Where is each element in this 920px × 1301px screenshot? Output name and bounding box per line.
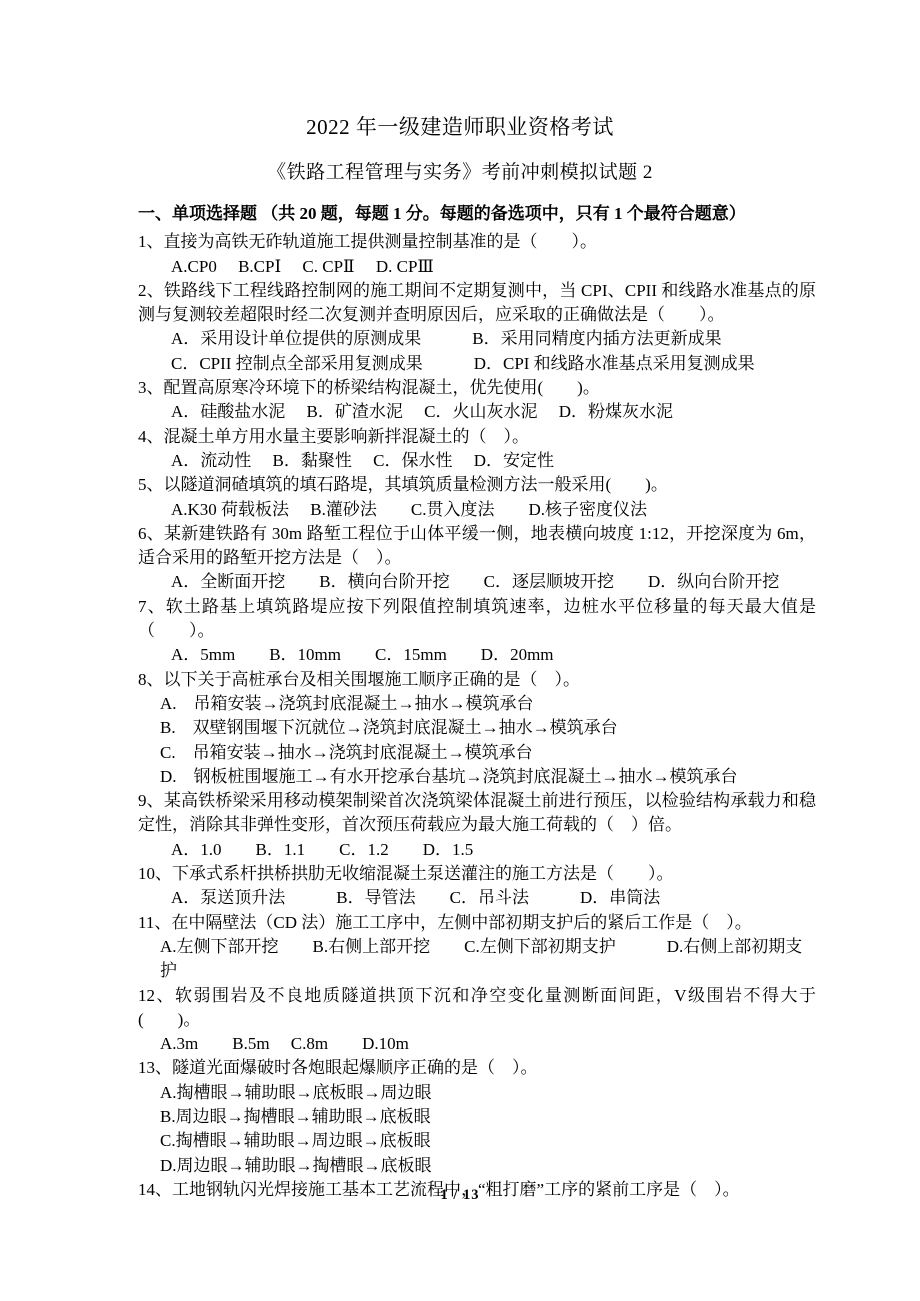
option-line: A．流动性 B．黏聚性 C．保水性 D．安定性 [138, 449, 816, 473]
question-item-3: 3、配置高原寒冷环境下的桥梁结构混凝土，优先使用( )。 A．硅酸盐水泥 B．矿… [138, 376, 816, 425]
question-item-6: 6、某新建铁路有 30m 路堑工程位于山体平缓一侧，地表横向坡度 1:12，开挖… [138, 522, 816, 595]
question-item-10: 10、下承式系杆拱桥拱肋无收缩混凝土泵送灌注的施工方法是（ ）。 A．泵送顶升法… [138, 862, 816, 911]
option-line: C．CPII 控制点全部采用复测成果 D．CPI 和线路水准基点采用复测成果 [138, 352, 816, 376]
question-item-13: 13、隧道光面爆破时各炮眼起爆顺序正确的是（ ）。 A.掏槽眼→辅助眼→底板眼→… [138, 1056, 816, 1177]
option-line: A．采用设计单位提供的原测成果 B．采用同精度内插方法更新成果 [138, 327, 816, 351]
option-line: B.周边眼→掏槽眼→辅助眼→底板眼 [138, 1105, 816, 1129]
question-item-2: 2、铁路线下工程线路控制网的施工期间不定期复测中，当 CPI、CPII 和线路水… [138, 279, 816, 376]
question-stem: 8、以下关于高桩承台及相关围堰施工顺序正确的是（ ）。 [138, 668, 816, 692]
exam-subtitle: 《铁路工程管理与实务》考前冲刺模拟试题 2 [0, 161, 920, 185]
question-item-1: 1、直接为高铁无砟轨道施工提供测量控制基准的是（ ）。 A.CP0 B.CPⅠ … [138, 230, 816, 279]
question-item-9: 9、某高铁桥梁采用移动模架制梁首次浇筑梁体混凝土前进行预压，以检验结构承载力和稳… [138, 789, 816, 862]
question-stem: 10、下承式系杆拱桥拱肋无收缩混凝土泵送灌注的施工方法是（ ）。 [138, 862, 816, 886]
option-line: A.CP0 B.CPⅠ C. CPⅡ D. CPⅢ [138, 255, 816, 279]
option-line: C.掏槽眼→辅助眼→周边眼→底板眼 [138, 1129, 816, 1153]
question-stem: 3、配置高原寒冷环境下的桥梁结构混凝土，优先使用( )。 [138, 376, 816, 400]
option-line: A．泵送顶升法 B．导管法 C．吊斗法 D．串筒法 [138, 886, 816, 910]
question-item-7: 7、软土路基上填筑路堤应按下列限值控制填筑速率，边桩水平位移量的每天最大值是（ … [138, 595, 816, 668]
question-stem: 9、某高铁桥梁采用移动模架制梁首次浇筑梁体混凝土前进行预压，以检验结构承载力和稳… [138, 789, 816, 838]
question-stem: 12、软弱围岩及不良地质隧道拱顶下沉和净空变化量测断面间距，V级围岩不得大于( … [138, 984, 816, 1033]
option-line: A.3m B.5m C.8m D.10m [138, 1032, 816, 1056]
question-item-5: 5、以隧道洞碴填筑的填石路堤，其填筑质量检测方法一般采用( )。 A.K30 荷… [138, 473, 816, 522]
question-item-12: 12、软弱围岩及不良地质隧道拱顶下沉和净空变化量测断面间距，V级围岩不得大于( … [138, 984, 816, 1057]
option-line: A．硅酸盐水泥 B．矿渣水泥 C．火山灰水泥 D．粉煤灰水泥 [138, 400, 816, 424]
option-line: A. 吊箱安装→浇筑封底混凝土→抽水→模筑承台 [138, 692, 816, 716]
section-heading: 一、单项选择题 （共 20 题，每题 1 分。每题的备选项中，只有 1 个最符合… [138, 202, 816, 226]
option-line: C. 吊箱安装→抽水→浇筑封底混凝土→模筑承台 [138, 741, 816, 765]
question-stem: 4、混凝土单方用水量主要影响新拌混凝土的（ ）。 [138, 425, 816, 449]
question-item-8: 8、以下关于高桩承台及相关围堰施工顺序正确的是（ ）。 A. 吊箱安装→浇筑封底… [138, 668, 816, 789]
question-stem: 5、以隧道洞碴填筑的填石路堤，其填筑质量检测方法一般采用( )。 [138, 473, 816, 497]
page-number: 1 / 13 [0, 1187, 920, 1204]
question-stem: 2、铁路线下工程线路控制网的施工期间不定期复测中，当 CPI、CPII 和线路水… [138, 279, 816, 328]
option-line: A.掏槽眼→辅助眼→底板眼→周边眼 [138, 1081, 816, 1105]
question-stem: 6、某新建铁路有 30m 路堑工程位于山体平缓一侧，地表横向坡度 1:12，开挖… [138, 522, 816, 571]
option-line: D.周边眼→辅助眼→掏槽眼→底板眼 [138, 1154, 816, 1178]
question-item-4: 4、混凝土单方用水量主要影响新拌混凝土的（ ）。 A．流动性 B．黏聚性 C．保… [138, 425, 816, 474]
exam-title: 2022 年一级建造师职业资格考试 [0, 114, 920, 140]
question-stem: 11、在中隔壁法（CD 法）施工工序中，左侧中部初期支护后的紧后工作是（ ）。 [138, 911, 816, 935]
question-stem: 13、隧道光面爆破时各炮眼起爆顺序正确的是（ ）。 [138, 1056, 816, 1080]
option-line: B. 双壁钢围堰下沉就位→浇筑封底混凝土→抽水→模筑承台 [138, 716, 816, 740]
option-line: A．1.0 B．1.1 C．1.2 D．1.5 [138, 838, 816, 862]
question-stem: 7、软土路基上填筑路堤应按下列限值控制填筑速率，边桩水平位移量的每天最大值是（ … [138, 595, 816, 644]
option-line: A．5mm B．10mm C．15mm D．20mm [138, 643, 816, 667]
option-line: D. 钢板桩围堰施工→有水开挖承台基坑→浇筑封底混凝土→抽水→模筑承台 [138, 765, 816, 789]
option-line: A.左侧下部开挖 B.右侧上部开挖 C.左侧下部初期支护 D.右侧上部初期支护 [138, 935, 816, 984]
option-line: A.K30 荷载板法 B.灌砂法 C.贯入度法 D.核子密度仪法 [138, 498, 816, 522]
option-line: A．全断面开挖 B．横向台阶开挖 C．逐层顺坡开挖 D．纵向台阶开挖 [138, 570, 816, 594]
question-item-11: 11、在中隔壁法（CD 法）施工工序中，左侧中部初期支护后的紧后工作是（ ）。 … [138, 911, 816, 984]
question-stem: 1、直接为高铁无砟轨道施工提供测量控制基准的是（ ）。 [138, 230, 816, 254]
exam-body: 一、单项选择题 （共 20 题，每题 1 分。每题的备选项中，只有 1 个最符合… [138, 202, 816, 1202]
